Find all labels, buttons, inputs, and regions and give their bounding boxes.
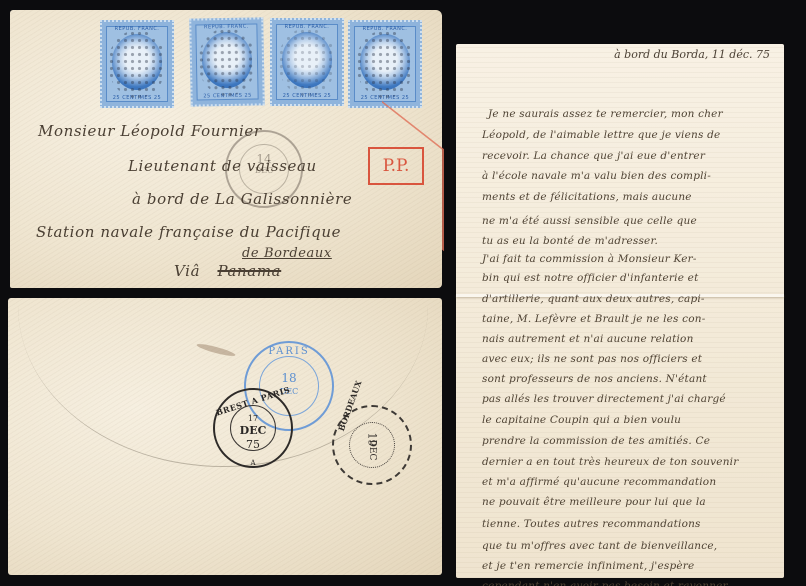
paid-mark: P.P.	[368, 147, 424, 185]
postmark-bordeaux: BORDEAUX 19 DEC	[332, 405, 412, 485]
letter-line: bin qui est notre officier d'infanterie …	[482, 272, 699, 284]
via-correction: de Bordeaux	[242, 246, 332, 261]
letter-line: prendre la commission de tes amitiés. Ce	[482, 435, 710, 447]
letter-line: dernier a en tout très heureux de ton so…	[482, 456, 738, 468]
letter-line: tienne. Toutes autres recommandations	[482, 518, 701, 530]
via-line: Viâ Panama	[174, 262, 281, 280]
letter-line: recevoir. La chance que j'ai eue d'entre…	[482, 150, 705, 162]
letter-line: le capitaine Coupin qui a bien voulu	[482, 414, 681, 426]
stamp-2: REPUB. FRANC. 25 CENTIMES 25	[189, 17, 265, 106]
letter-heading: à bord du Borda, 11 déc. 75	[614, 48, 770, 61]
letter-line: J'ai fait ta commission à Monsieur Ker-	[482, 253, 697, 265]
letter-line: pas allés les trouver directement j'ai c…	[482, 393, 726, 405]
address-line-3: à bord de La Galissonnière	[132, 190, 352, 208]
letter-line: taine, M. Lefèvre et Brault je ne les co…	[482, 313, 705, 325]
letter-line: avec eux; ils ne sont pas nos officiers …	[482, 353, 702, 365]
letter-line: que tu m'offres avec tant de bienveillan…	[482, 540, 717, 552]
letter-page: à bord du Borda, 11 déc. 75 Je ne saurai…	[456, 44, 784, 578]
letter-line: et je t'en remercie infiniment, j'espère	[482, 560, 694, 572]
letter-line: tu as eu la bonté de m'adresser.	[482, 235, 658, 247]
cancel-mark	[108, 30, 166, 98]
letter-line: et m'a affirmé qu'aucune recommandation	[482, 476, 716, 488]
envelope-front: REPUB. FRANC. 25 CENTIMES 25 REPUB. FRAN…	[10, 10, 442, 288]
letter-line: à l'école navale m'a valu bien des compl…	[482, 170, 711, 182]
postmark-brest-a-paris: BREST A PARIS 17 DEC 75 A	[213, 388, 293, 468]
address-line-1: Monsieur Léopold Fournier	[38, 122, 262, 140]
letter-line: sont professeurs de nos anciens. N'étant	[482, 373, 707, 385]
stamp-1: REPUB. FRANC. 25 CENTIMES 25	[100, 20, 174, 108]
letter-line: ments et de félicitations, mais aucune	[482, 191, 692, 203]
cancel-mark	[278, 28, 336, 96]
letter-line: ne pouvait être meilleure pour lui que l…	[482, 496, 706, 508]
letter-line: cependant n'en avoir pas besoin et rayon…	[482, 580, 728, 586]
address-line-4: Station navale française du Pacifique	[36, 223, 341, 241]
letter-line: nais autrement et n'ai aucune relation	[482, 333, 694, 345]
letter-line: ne m'a été aussi sensible que celle que	[482, 215, 697, 227]
letter-line: d'artillerie, quant aux deux autres, cap…	[482, 293, 705, 305]
address-line-2: Lieutenant de vaisseau	[128, 157, 317, 175]
cancel-mark	[356, 30, 414, 98]
letter-line: Léopold, de l'aimable lettre que je vien…	[482, 129, 720, 141]
stamp-4: REPUB. FRANC. 25 CENTIMES 25	[348, 20, 422, 108]
stamp-3: REPUB. FRANC. 25 CENTIMES 25	[270, 18, 344, 106]
struck-route: Panama	[217, 262, 281, 280]
letter-line: Je ne saurais assez te remercier, mon ch…	[488, 108, 723, 120]
